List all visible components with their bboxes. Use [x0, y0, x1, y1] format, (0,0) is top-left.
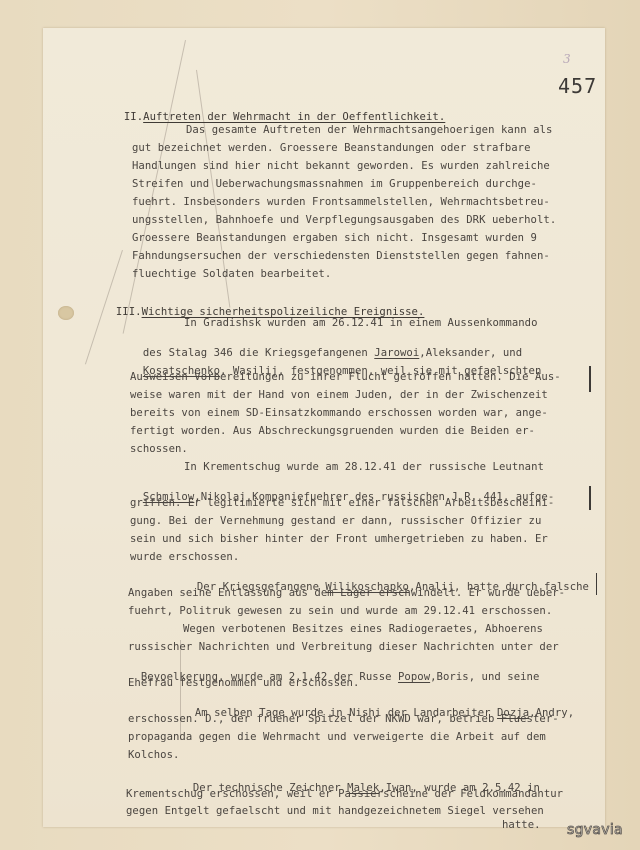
section-2-number: II.: [124, 111, 143, 123]
p6-line: gegen Entgelt gefaelscht und mit handgez…: [126, 805, 544, 817]
watermark: sgvavia: [567, 822, 623, 838]
p1-line: bereits von einem SD-Einsatzkommando ers…: [130, 407, 548, 419]
section-2-line: Fahndungsersuchen der verschiedensten Di…: [132, 250, 550, 262]
person-name: Popow: [398, 671, 430, 683]
p6-line: hatte.: [502, 819, 541, 831]
p5-line: Kolchos.: [128, 749, 179, 761]
p4-line: Wegen verbotenen Besitzes eines Radioger…: [183, 623, 543, 635]
p4-line: russischer Nachrichten und Verbreitung d…: [128, 641, 559, 653]
punch-hole: [58, 306, 74, 320]
p5-line: propaganda gegen die Wehrmacht und verwe…: [128, 731, 546, 743]
p2-line: In Krementschug wurde am 28.12.41 der ru…: [184, 461, 544, 473]
section-2-title: Auftreten der Wehrmacht in der Oeffentli…: [143, 111, 445, 123]
p5-line: erschossen. D., der frueher Spitzel der …: [128, 713, 559, 725]
section-2-line: Streifen und Ueberwachungsmassnahmen im …: [132, 178, 537, 190]
p1-line: In Gradishsk wurden am 26.12.41 in einem…: [184, 317, 538, 329]
pencil-stroke: [180, 640, 181, 740]
section-2-heading: II.Auftreten der Wehrmacht in der Oeffen…: [111, 99, 445, 123]
p2-line: gung. Bei der Vernehmung gestand er dann…: [130, 515, 541, 527]
p1-line: weise waren mit der Hand von einem Juden…: [130, 389, 548, 401]
section-2-line: gut bezeichnet werden. Groessere Beansta…: [132, 142, 531, 154]
margin-mark: [589, 486, 591, 510]
pencil-folio-number: 3: [563, 52, 571, 66]
p3-line: Angaben seine Entlassung aus dem Lager e…: [128, 587, 565, 599]
p3-line: fuehrt, Politruk gewesen zu sein und wur…: [128, 605, 552, 617]
section-2-line: fuehrt. Insbesonders wurden Frontsammels…: [132, 196, 550, 208]
p4-line: Ehefrau festgenommen und erschossen.: [128, 677, 359, 689]
section-2-line: fluechtige Soldaten bearbeitet.: [132, 268, 331, 280]
p1-line: Ausweisen Vorbereitungen zu ihrer Flucht…: [130, 371, 561, 383]
section-2-line: Das gesamte Auftreten der Wehrmachtsange…: [186, 124, 552, 136]
section-3-number: III.: [116, 306, 142, 318]
section-3-heading: III.Wichtige sicherheitspolizeiliche Ere…: [103, 294, 424, 318]
section-2-line: Groessere Beanstandungen ergaben sich ni…: [132, 232, 537, 244]
p1-line: schossen.: [130, 443, 188, 455]
section-2-line: Handlungen sind hier nicht bekannt gewor…: [132, 160, 550, 172]
p2-line: sein und sich bisher hinter der Front um…: [130, 533, 548, 545]
margin-mark: [589, 366, 591, 392]
p6-line: Krementschug erschossen, weil er Passier…: [126, 788, 563, 800]
p1-line: fertigt worden. Aus Abschreckungsgruende…: [130, 425, 535, 437]
margin-mark: [596, 573, 597, 595]
section-2-line: ungsstellen, Bahnhoefe und Verpflegungsa…: [132, 214, 556, 226]
stamped-page-number: 457: [558, 74, 597, 98]
p2-line: wurde erschossen.: [130, 551, 239, 563]
text: ,Boris, und seine: [430, 671, 539, 683]
p2-line: griffen. Er legitimierte sich mit einer …: [130, 497, 554, 509]
